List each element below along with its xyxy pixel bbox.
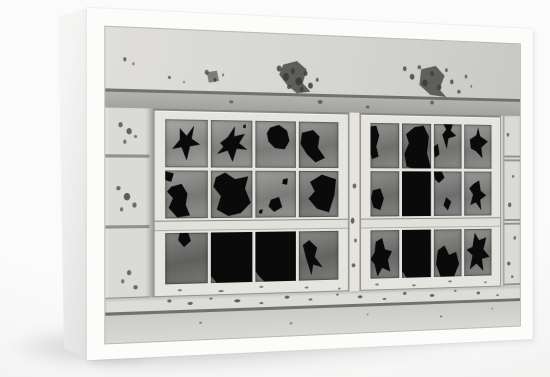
window-pane xyxy=(433,171,461,216)
framed-print xyxy=(87,8,533,360)
broken-glass-holes xyxy=(433,171,461,216)
window-pane xyxy=(464,229,491,276)
window-mullion xyxy=(349,113,360,292)
pilaster-right xyxy=(503,116,521,299)
pilaster-seam xyxy=(105,225,149,228)
pilaster-seam xyxy=(504,223,520,225)
window-pane xyxy=(165,233,208,285)
broken-glass-holes xyxy=(402,230,430,278)
window-pane xyxy=(255,231,296,282)
broken-glass-holes xyxy=(464,229,491,276)
broken-glass-holes xyxy=(255,231,296,282)
broken-glass-holes xyxy=(433,229,461,277)
window-pane xyxy=(402,230,430,278)
broken-glass-holes xyxy=(165,170,208,218)
pilaster-left xyxy=(105,107,149,312)
window-left xyxy=(154,108,349,297)
window-pane xyxy=(464,172,491,216)
window-pane xyxy=(165,119,208,167)
broken-glass-holes xyxy=(464,124,491,168)
print-white-margin xyxy=(87,8,533,360)
broken-glass-holes xyxy=(370,123,399,169)
meeting-rail xyxy=(361,218,500,227)
frame-side-face xyxy=(58,8,88,360)
broken-glass-holes xyxy=(165,233,208,285)
window-pane xyxy=(370,171,399,216)
broken-glass-holes xyxy=(370,230,399,279)
window-pane xyxy=(299,171,339,217)
window-pane xyxy=(255,171,296,218)
broken-glass-holes xyxy=(402,123,430,168)
window-pane xyxy=(299,122,339,169)
pilaster-seam xyxy=(105,154,149,157)
window-right xyxy=(360,113,501,291)
broken-glass-holes xyxy=(165,119,208,167)
broken-glass-holes xyxy=(211,232,253,283)
broken-glass-holes xyxy=(402,171,430,216)
pilaster-seam xyxy=(504,219,520,221)
window-pane xyxy=(402,123,430,168)
broken-glass-holes xyxy=(299,171,339,217)
window-pane xyxy=(165,170,208,218)
window-pane xyxy=(433,124,461,169)
broken-glass-holes xyxy=(211,120,253,168)
pilaster-seam xyxy=(504,159,520,161)
window-pane xyxy=(370,230,399,279)
photograph xyxy=(104,26,521,345)
window-pane xyxy=(299,231,339,281)
meeting-rail xyxy=(155,220,348,230)
window-pane xyxy=(211,232,253,283)
broken-glass-holes xyxy=(299,122,339,169)
broken-glass-holes xyxy=(299,231,339,281)
backdrop xyxy=(0,0,550,377)
window-pane xyxy=(464,124,491,168)
broken-glass-holes xyxy=(433,124,461,169)
window-pane xyxy=(255,121,296,168)
broken-glass-holes xyxy=(211,171,253,218)
window-pane xyxy=(370,123,399,169)
broken-glass-holes xyxy=(464,172,491,216)
window-pane xyxy=(211,171,253,218)
window-pane xyxy=(211,120,253,168)
window-pane xyxy=(433,229,461,277)
broken-glass-holes xyxy=(255,171,296,218)
broken-glass-holes xyxy=(255,121,296,168)
pilaster-seam xyxy=(504,156,520,158)
window-pane xyxy=(402,171,430,216)
broken-glass-holes xyxy=(370,171,399,216)
